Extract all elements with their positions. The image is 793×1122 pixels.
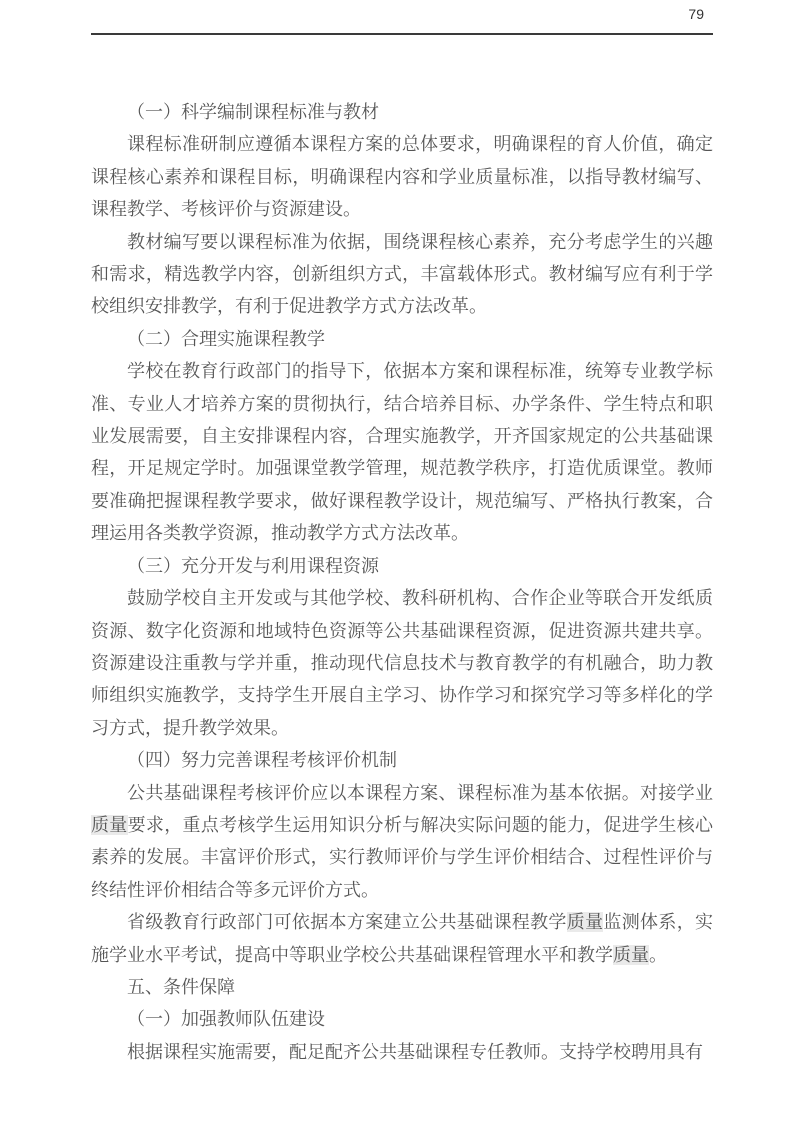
section-heading: （二）合理实施课程教学: [91, 323, 713, 355]
chapter-heading: 五、条件保障: [91, 971, 713, 1003]
section-heading: （三）充分开发与利用课程资源: [91, 550, 713, 582]
text-run: （一）加强教师队伍建设: [127, 1009, 325, 1029]
text-run: 课程标准研制应遵循本课程方案的总体要求，明确课程的育人价值，确定课程核心素养和课…: [91, 134, 713, 219]
text-run: （一）科学编制课程标准与教材: [127, 102, 379, 122]
section-heading: （一）加强教师队伍建设: [91, 1003, 713, 1035]
paragraph: 根据课程实施需要，配足配齐公共基础课程专任教师。支持学校聘用具有: [91, 1036, 713, 1068]
paragraph: 鼓励学校自主开发或与其他学校、教科研机构、合作企业等联合开发纸质资源、数字化资源…: [91, 582, 713, 744]
section-heading: （四）努力完善课程考核评价机制: [91, 744, 713, 776]
paragraph: 学校在教育行政部门的指导下，依据本方案和课程标准，统筹专业教学标准、专业人才培养…: [91, 355, 713, 549]
paragraph: 省级教育行政部门可依据本方案建立公共基础课程教学质量监测体系，实施学业水平考试，…: [91, 906, 713, 971]
text-run: （二）合理实施课程教学: [127, 329, 325, 349]
text-run: （四）努力完善课程考核评价机制: [127, 750, 397, 770]
page-header: 79: [91, 0, 713, 35]
text-run: 教材编写要以课程标准为依据，围绕课程核心素养，充分考虑学生的兴趣和需求，精选教学…: [91, 232, 713, 317]
page-number: 79: [91, 0, 713, 33]
search-highlight: 质量: [567, 912, 604, 932]
section-heading: （一）科学编制课程标准与教材: [91, 96, 713, 128]
text-run: 省级教育行政部门可依据本方案建立公共基础课程教学: [127, 912, 567, 932]
document-page: 79 （一）科学编制课程标准与教材课程标准研制应遵循本课程方案的总体要求，明确课…: [0, 0, 793, 1122]
text-run: 要求，重点考核学生运用知识分析与解决实际问题的能力，促进学生核心素养的发展。丰富…: [91, 815, 713, 900]
document-body: （一）科学编制课程标准与教材课程标准研制应遵循本课程方案的总体要求，明确课程的育…: [91, 96, 713, 1068]
text-run: （三）充分开发与利用课程资源: [127, 556, 379, 576]
text-run: 鼓励学校自主开发或与其他学校、教科研机构、合作企业等联合开发纸质资源、数字化资源…: [91, 588, 713, 738]
paragraph: 教材编写要以课程标准为依据，围绕课程核心素养，充分考虑学生的兴趣和需求，精选教学…: [91, 226, 713, 323]
text-run: 根据课程实施需要，配足配齐公共基础课程专任教师。支持学校聘用具有: [127, 1042, 703, 1062]
text-run: 。: [649, 945, 667, 965]
paragraph: 课程标准研制应遵循本课程方案的总体要求，明确课程的育人价值，确定课程核心素养和课…: [91, 128, 713, 225]
text-run: 五、条件保障: [127, 977, 235, 997]
paragraph: 公共基础课程考核评价应以本课程方案、课程标准为基本依据。对接学业质量要求，重点考…: [91, 777, 713, 907]
text-run: 公共基础课程考核评价应以本课程方案、课程标准为基本依据。对接学业: [127, 783, 713, 803]
text-run: 学校在教育行政部门的指导下，依据本方案和课程标准，统筹专业教学标准、专业人才培养…: [91, 361, 713, 543]
search-highlight: 质量: [613, 945, 649, 965]
header-rule: [91, 33, 713, 35]
search-highlight: 质量: [91, 815, 128, 835]
